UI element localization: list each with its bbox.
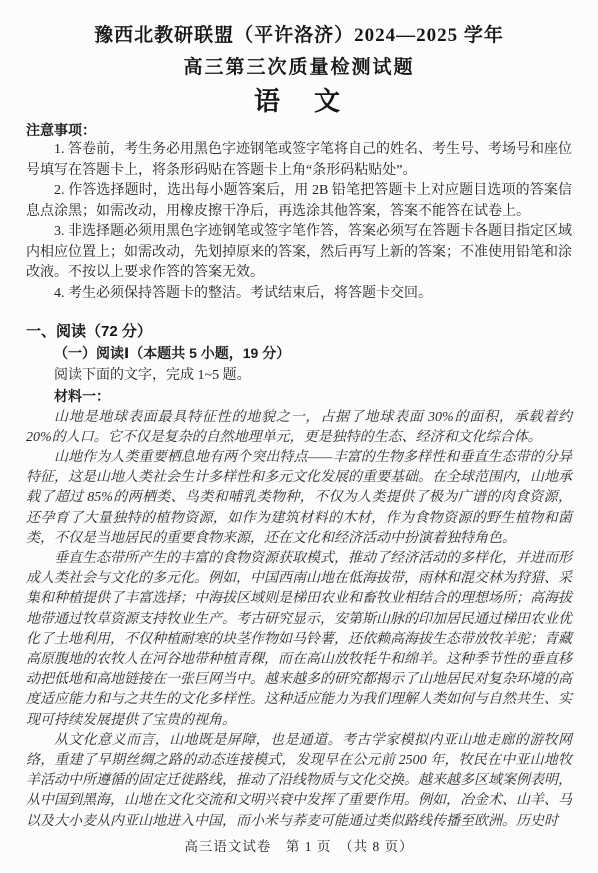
exam-title-line2: 高三第三次质量检测试题: [26, 56, 572, 80]
notice-item-3: 3. 非选择题必须用黑色字迹钢笔或签字笔作答，答案必须写在答题卡各题目指定区域内…: [26, 222, 572, 284]
subsection-heading-reading-1: （一）阅读Ⅰ（本题共 5 小题，19 分）: [26, 343, 572, 365]
material-paragraph-2: 山地作为人类重要栖息地有两个突出特点——丰富的生物多样性和垂直生态带的分异特征，…: [26, 448, 572, 549]
material-paragraph-1: 山地是地球表面最具特征性的地貌之一，占据了地球表面 30%的面积，承载着约 20…: [26, 408, 572, 448]
exam-title-line1: 豫西北教研联盟（平许洛济）2024—2025 学年: [26, 24, 572, 48]
material-paragraph-4: 从文化意义而言，山地既是屏障，也是通道。考古学家模拟内亚山地走廊的游牧网络，重建…: [26, 731, 572, 832]
notice-item-2: 2. 作答选择题时，选出每小题答案后，用 2B 铅笔把答题卡上对应题目选项的答案…: [26, 181, 572, 222]
notice-item-1: 1. 答卷前，考生务必用黑色字迹钢笔或签字笔将自己的姓名、考生号、考场号和座位号…: [26, 140, 572, 181]
reading-instruction: 阅读下面的文字，完成 1~5 题。: [26, 365, 572, 387]
exam-subject-title: 语 文: [26, 87, 572, 117]
page-footer: 高三语文试卷 第 1 页 （共 8 页）: [0, 835, 598, 855]
material-one-label: 材料一：: [26, 386, 572, 408]
material-paragraph-3: 垂直生态带所产生的丰富的食物资源获取模式，推动了经济活动的多样化，并进而形成人类…: [26, 549, 572, 731]
section-heading-reading: 一、阅读（72 分）: [26, 321, 572, 343]
exam-paper-page: 豫西北教研联盟（平许洛济）2024—2025 学年 高三第三次质量检测试题 语 …: [0, 0, 598, 873]
notice-section-label: 注意事项：: [26, 120, 572, 140]
notice-item-4: 4. 考生必须保持答题卡的整洁。考试结束后，将答题卡交回。: [26, 284, 572, 305]
